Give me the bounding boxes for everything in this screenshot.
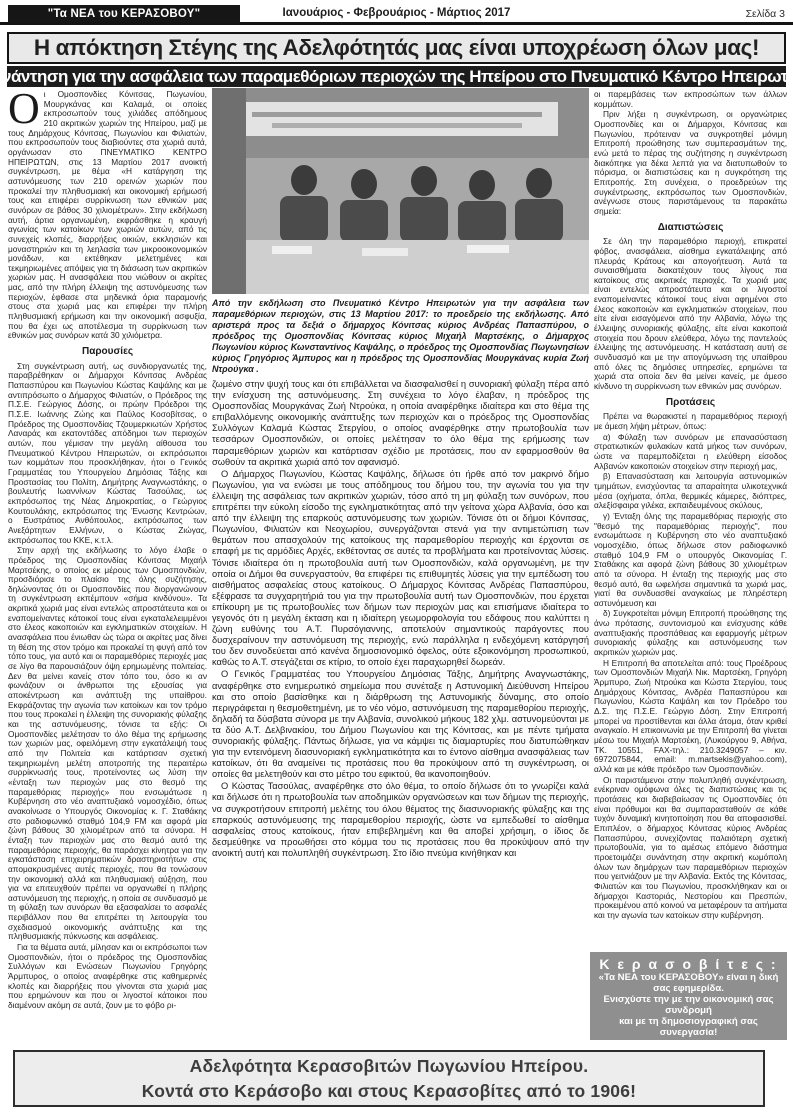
section-heading-presences: Παρουσίες (8, 347, 207, 357)
masthead-rule (0, 22, 793, 25)
paragraph: Πρέπει να θωρακιστεί η παραμεθόριος περι… (594, 412, 787, 431)
proposal-item-c: γ) Ένταξη όλης της παραμεθόριας περιοχής… (594, 512, 787, 609)
page-number: Σελίδα 3 (746, 8, 785, 20)
proposal-item-a: α) Φύλαξη των συνόρων με επανασύσταση στ… (594, 433, 787, 472)
paragraph: Ο Γενικός Γραμματέας του Υπουργείου Δημό… (212, 669, 589, 780)
section-heading-proposals: Προτάσεις (594, 398, 787, 408)
promo-line: Ενισχύστε την με την οικονομική σας συνδ… (596, 994, 781, 1016)
drop-cap: Ο (8, 90, 44, 127)
paragraph: Πριν λήξει η συγκέντρωση, οι οργανώτριες… (594, 110, 787, 216)
paragraph: Σε όλη την παραμεθόριο περιοχή, επικρατε… (594, 237, 787, 392)
subscription-promo-box: Κ ε ρ α σ ο β ί τ ε ς : «Τα ΝΕΑ του ΚΕΡΑ… (590, 952, 787, 1040)
event-photo (212, 88, 589, 294)
article-column-4: οι παρεμβάσεις των εκπροσώπων των άλλων … (594, 90, 787, 948)
paragraph: Για τα θέματα αυτά, μίλησαν και οι εκπρό… (8, 943, 207, 1011)
article-column-1: Οι Ομοσπονδίες Κόνιτσας, Πωγωνίου, Μουργ… (8, 90, 207, 1042)
photo-caption: Από την εκδήλωση στο Πνευματικό Κέντρο Η… (212, 298, 589, 375)
section-heading-findings: Διαπιστώσεις (594, 223, 787, 233)
promo-line: «Τα ΝΕΑ του ΚΕΡΑΣΟΒΟΥ» είναι η δική σας … (596, 972, 781, 994)
main-headline: Η απόκτηση Στέγης της Αδελφότητάς μας εί… (7, 32, 786, 64)
promo-title: Κ ε ρ α σ ο β ί τ ε ς : (596, 956, 781, 972)
paragraph: οι παρεμβάσεις των εκπροσώπων των άλλων … (594, 90, 787, 109)
paragraph: Οι Ομοσπονδίες Κόνιτσας, Πωγωνίου, Μουργ… (8, 90, 207, 341)
paragraph: Στη συγκέντρωση αυτή, ως συνδιοργανωτές … (8, 362, 207, 545)
promo-line: και με τη δημοσιογραφική σας συνεργασία! (596, 1016, 781, 1038)
event-photo-placeholder (212, 88, 589, 294)
proposal-item-b: β) Επανασύσταση και λειτουργία αστυνομικ… (594, 472, 787, 511)
article-column-middle: Από την εκδήλωση στο Πνευματικό Κέντρο Η… (212, 88, 589, 1042)
paragraph: Ο Κώστας Τασούλας, αναφέρθηκε στο όλο θέ… (212, 781, 589, 859)
newspaper-page: { "masthead": { "title": "\"Τα ΝΕΑ του Κ… (0, 0, 793, 1114)
masthead-date: Ιανουάριος - Φεβρουάριος - Μάρτιος 2017 (0, 7, 793, 19)
banner-line-2: Κοντά στο Κεράσοβο και στους Κερασοβίτες… (142, 1079, 636, 1104)
paragraph: Ο Δήμαρχος Πωγωνίου, Κώστας Καψάλης, δήλ… (212, 469, 589, 669)
paragraph-text: ι Ομοσπονδίες Κόνιτσας, Πωγωνίου, Μουργκ… (8, 90, 207, 340)
paragraph: Στην αρχή της εκδήλωσης το λόγο έλαβε ο … (8, 546, 207, 942)
banner-line-1: Αδελφότητα Κερασοβιτών Πωγωνίου Ηπείρου. (190, 1054, 589, 1079)
brotherhood-banner: Αδελφότητα Κερασοβιτών Πωγωνίου Ηπείρου.… (13, 1050, 765, 1107)
proposal-item-d: δ) Συγκροτείται μόνιμη Επιτροπή προώθηση… (594, 609, 787, 657)
paragraph: Οι παριστάμενοι στην πολυπληθή συγκέντρω… (594, 776, 787, 921)
sub-headline: Συνάντηση για την ασφάλεια των παραμεθόρ… (7, 66, 786, 87)
paragraph: ζωμένο στην ψυχή τους και ότι επιβάλλετα… (212, 379, 589, 468)
paragraph: Η Επιτροπή θα αποτελείται από: τους Προέ… (594, 659, 787, 775)
